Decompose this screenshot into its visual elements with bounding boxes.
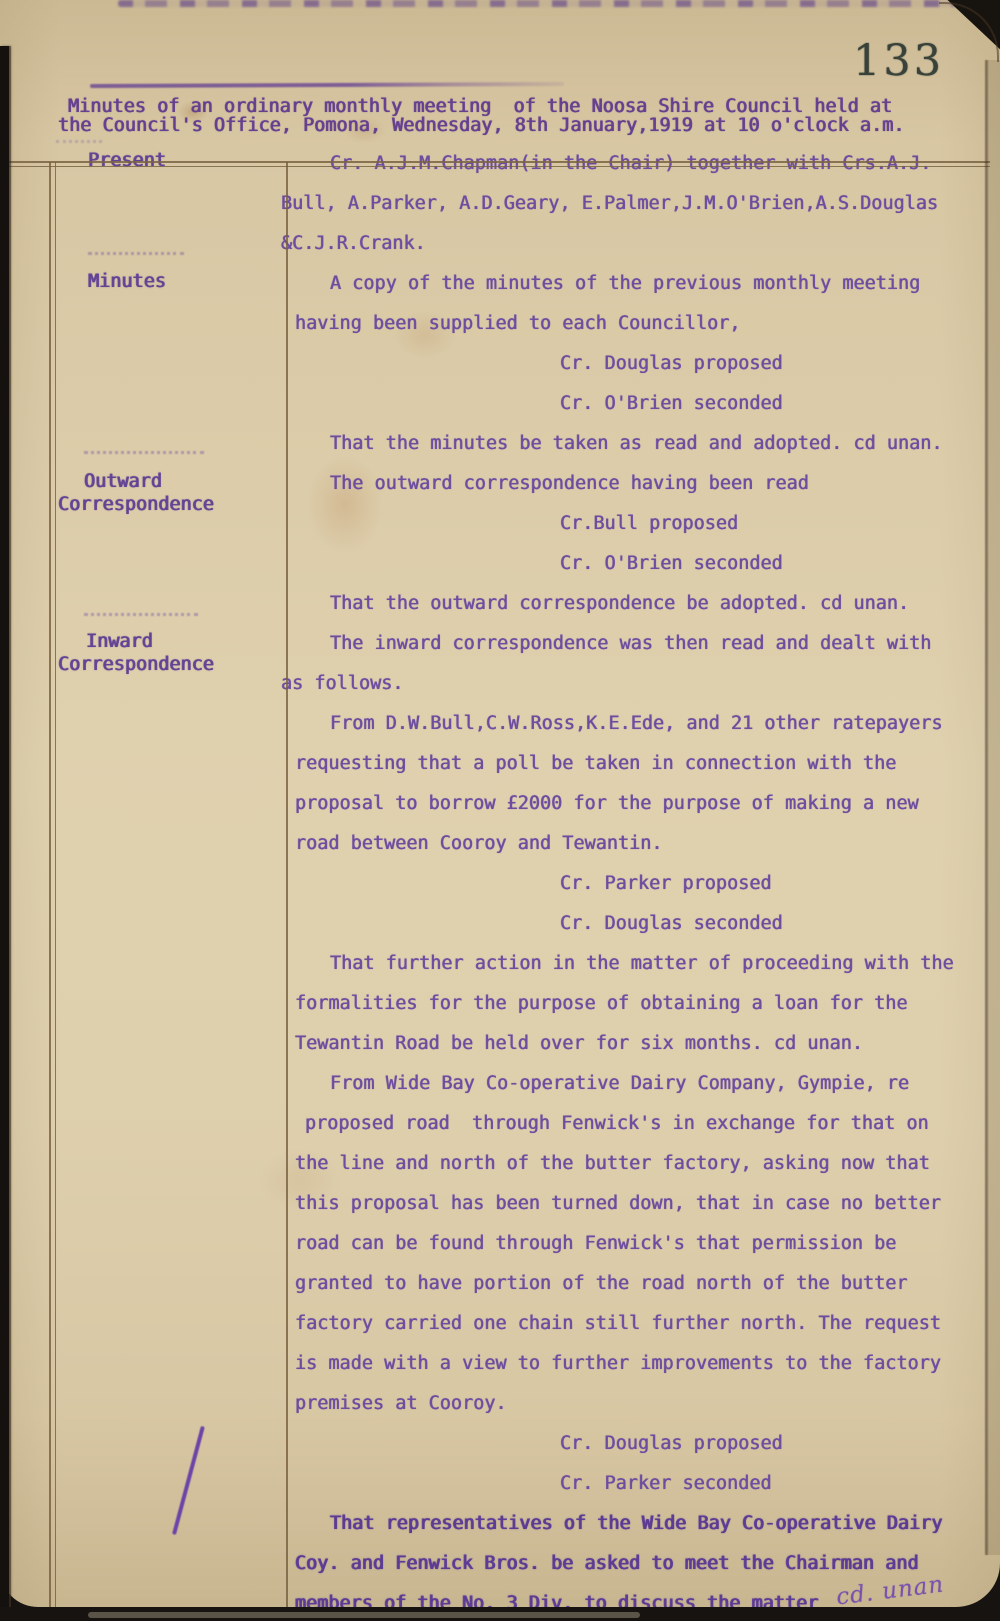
- body-line: That the minutes be taken as read and ad…: [330, 433, 943, 455]
- body-line: From Wide Bay Co-operative Dairy Company…: [330, 1073, 909, 1095]
- body-line: Cr. A.J.M.Chapman(in the Chair) together…: [330, 153, 931, 175]
- ledger-rule-left-inner: [55, 162, 57, 1607]
- body-line: Cr. Douglas proposed: [560, 1433, 783, 1455]
- body-line: formalities for the purpose of obtaining…: [295, 993, 908, 1015]
- margin-label: Inward: [86, 631, 153, 653]
- body-line: is made with a view to further improveme…: [295, 1353, 941, 1375]
- body-line: road between Cooroy and Tewantin.: [295, 833, 663, 855]
- margin-label: Minutes: [88, 271, 166, 293]
- body-line: Cr. Parker seconded: [560, 1473, 772, 1495]
- ledger-rule-left-outer: [49, 162, 51, 1607]
- page-edge-shade-right: [988, 60, 1000, 1555]
- body-line: granted to have portion of the road nort…: [295, 1273, 908, 1295]
- body-line: proposed road through Fenwick's in excha…: [305, 1113, 929, 1135]
- body-line: Cr.Bull proposed: [560, 513, 738, 535]
- body-line: Cr. O'Brien seconded: [560, 553, 783, 575]
- ledger-rule-horizontal-1: [6, 161, 990, 163]
- body-line: this proposal has been turned down, that…: [295, 1193, 941, 1215]
- body-line: Cr. Douglas seconded: [560, 913, 783, 935]
- faded-dots-mark: [84, 613, 198, 616]
- faded-dots-mark: [84, 451, 204, 454]
- body-line: Cr. Parker proposed: [560, 873, 772, 895]
- page-number: 133: [853, 36, 944, 86]
- header-line-2: the Council's Office, Pomona, Wednesday,…: [58, 115, 904, 137]
- margin-label: Correspondence: [58, 654, 214, 676]
- body-line: requesting that a poll be taken in conne…: [295, 753, 896, 775]
- faded-dots-mark: [88, 252, 184, 255]
- body-line: A copy of the minutes of the previous mo…: [330, 273, 920, 295]
- body-line: That the outward correspondence be adopt…: [330, 593, 909, 615]
- body-line: premises at Cooroy.: [295, 1393, 507, 1415]
- body-line: The inward correspondence was then read …: [330, 633, 931, 655]
- body-line: having been supplied to each Councillor,: [295, 313, 741, 335]
- body-line: proposal to borrow £2000 for the purpose…: [295, 793, 919, 815]
- body-line: That further action in the matter of pro…: [330, 953, 954, 975]
- body-line: &C.J.R.Crank.: [281, 233, 426, 255]
- body-line: Coy. and Fenwick Bros. be asked to meet …: [295, 1553, 919, 1575]
- body-line: the line and north of the butter factory…: [295, 1153, 930, 1175]
- page-edge-line-left: [9, 46, 11, 1607]
- scanned-minutes-page: 133 Minutes of an ordinary monthly meeti…: [0, 0, 1000, 1621]
- body-line: Cr. O'Brien seconded: [560, 393, 783, 415]
- body-line: Tewantin Road be held over for six month…: [295, 1033, 863, 1055]
- previous-page-ink-smudge: [118, 0, 990, 7]
- ledger-rule-column-divider: [286, 162, 288, 1607]
- body-line: From D.W.Bull,C.W.Ross,K.E.Ede, and 21 o…: [330, 713, 943, 735]
- body-line: That representatives of the Wide Bay Co-…: [330, 1513, 943, 1535]
- body-line: as follows.: [281, 673, 404, 695]
- body-line: Bull, A.Parker, A.D.Geary, E.Palmer,J.M.…: [281, 193, 938, 215]
- body-line: The outward correspondence having been r…: [330, 473, 809, 495]
- margin-label: Outward: [84, 471, 162, 493]
- body-line: Cr. Douglas proposed: [560, 353, 783, 375]
- faded-dots-mark: [56, 140, 102, 143]
- body-line: road can be found through Fenwick's that…: [295, 1233, 896, 1255]
- next-page-edge-sliver: [88, 1612, 640, 1618]
- scan-edge-left: [0, 46, 9, 1621]
- ledger-rule-horizontal-2: [6, 166, 990, 168]
- body-line: factory carried one chain still further …: [295, 1313, 941, 1335]
- margin-label: Correspondence: [58, 494, 214, 516]
